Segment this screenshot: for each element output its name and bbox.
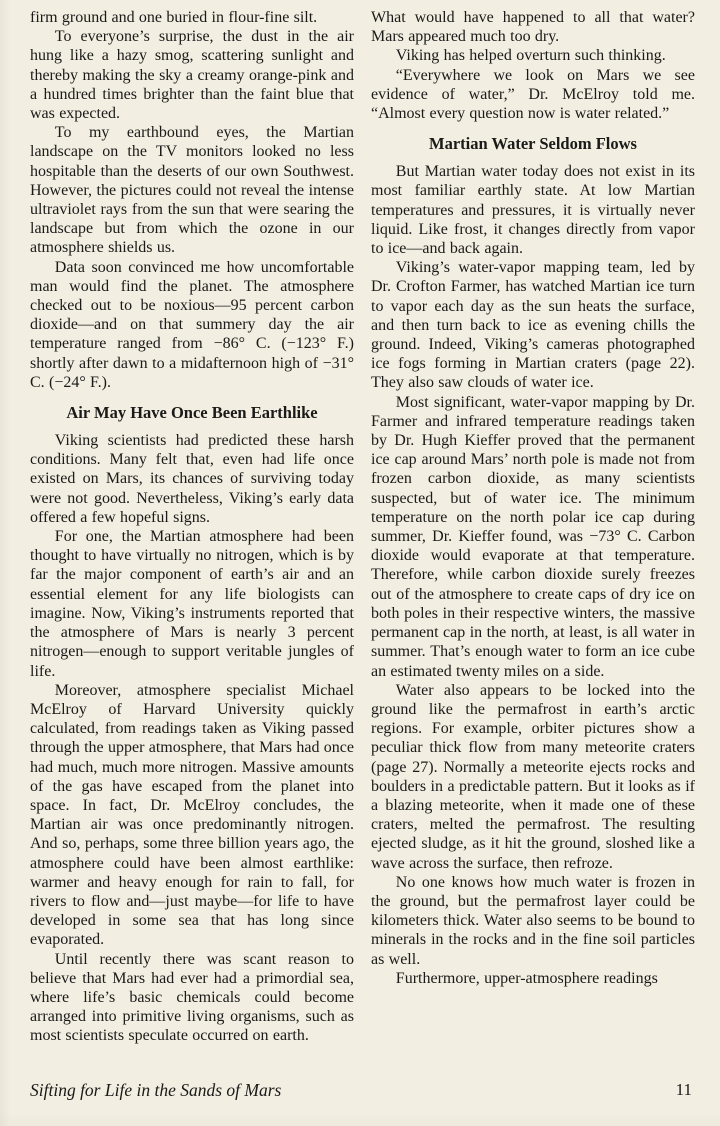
paragraph: Furthermore, upper-atmosphere readings — [371, 969, 695, 988]
paragraph: For one, the Martian atmosphere had been… — [30, 527, 354, 681]
left-column: firm ground and one buried in flour-fine… — [30, 8, 354, 1066]
right-column: What would have happened to all that wat… — [371, 8, 695, 1066]
paragraph: But Martian water today does not exist i… — [371, 162, 695, 258]
paragraph: To my earthbound eyes, the Martian lands… — [30, 123, 354, 257]
paragraph: Viking scientists had predicted these ha… — [30, 431, 354, 527]
magazine-page: firm ground and one buried in flour-fine… — [0, 0, 720, 1126]
page-number: 11 — [676, 1080, 692, 1100]
paragraph: Most significant, water-vapor mapping by… — [371, 393, 695, 681]
paragraph: Data soon convinced me how uncomfortable… — [30, 258, 354, 392]
paragraph: Viking’s water-vapor mapping team, led b… — [371, 258, 695, 392]
paragraph: To everyone’s surprise, the dust in the … — [30, 27, 354, 123]
section-heading: Air May Have Once Been Earthlike — [30, 403, 354, 422]
running-title: Sifting for Life in the Sands of Mars — [30, 1080, 281, 1101]
text-columns: firm ground and one buried in flour-fine… — [30, 8, 695, 1066]
paragraph: Until recently there was scant reason to… — [30, 950, 354, 1046]
paragraph: No one knows how much water is frozen in… — [371, 873, 695, 969]
section-heading: Martian Water Seldom Flows — [371, 134, 695, 153]
paragraph: Water also appears to be locked into the… — [371, 681, 695, 873]
paragraph: Viking has helped overturn such thinking… — [371, 46, 695, 65]
paragraph: firm ground and one buried in flour-fine… — [30, 8, 354, 27]
paragraph: Moreover, atmosphere specialist Michael … — [30, 681, 354, 950]
paragraph: “Everywhere we look on Mars we see evide… — [371, 66, 695, 124]
paragraph: What would have happened to all that wat… — [371, 8, 695, 46]
